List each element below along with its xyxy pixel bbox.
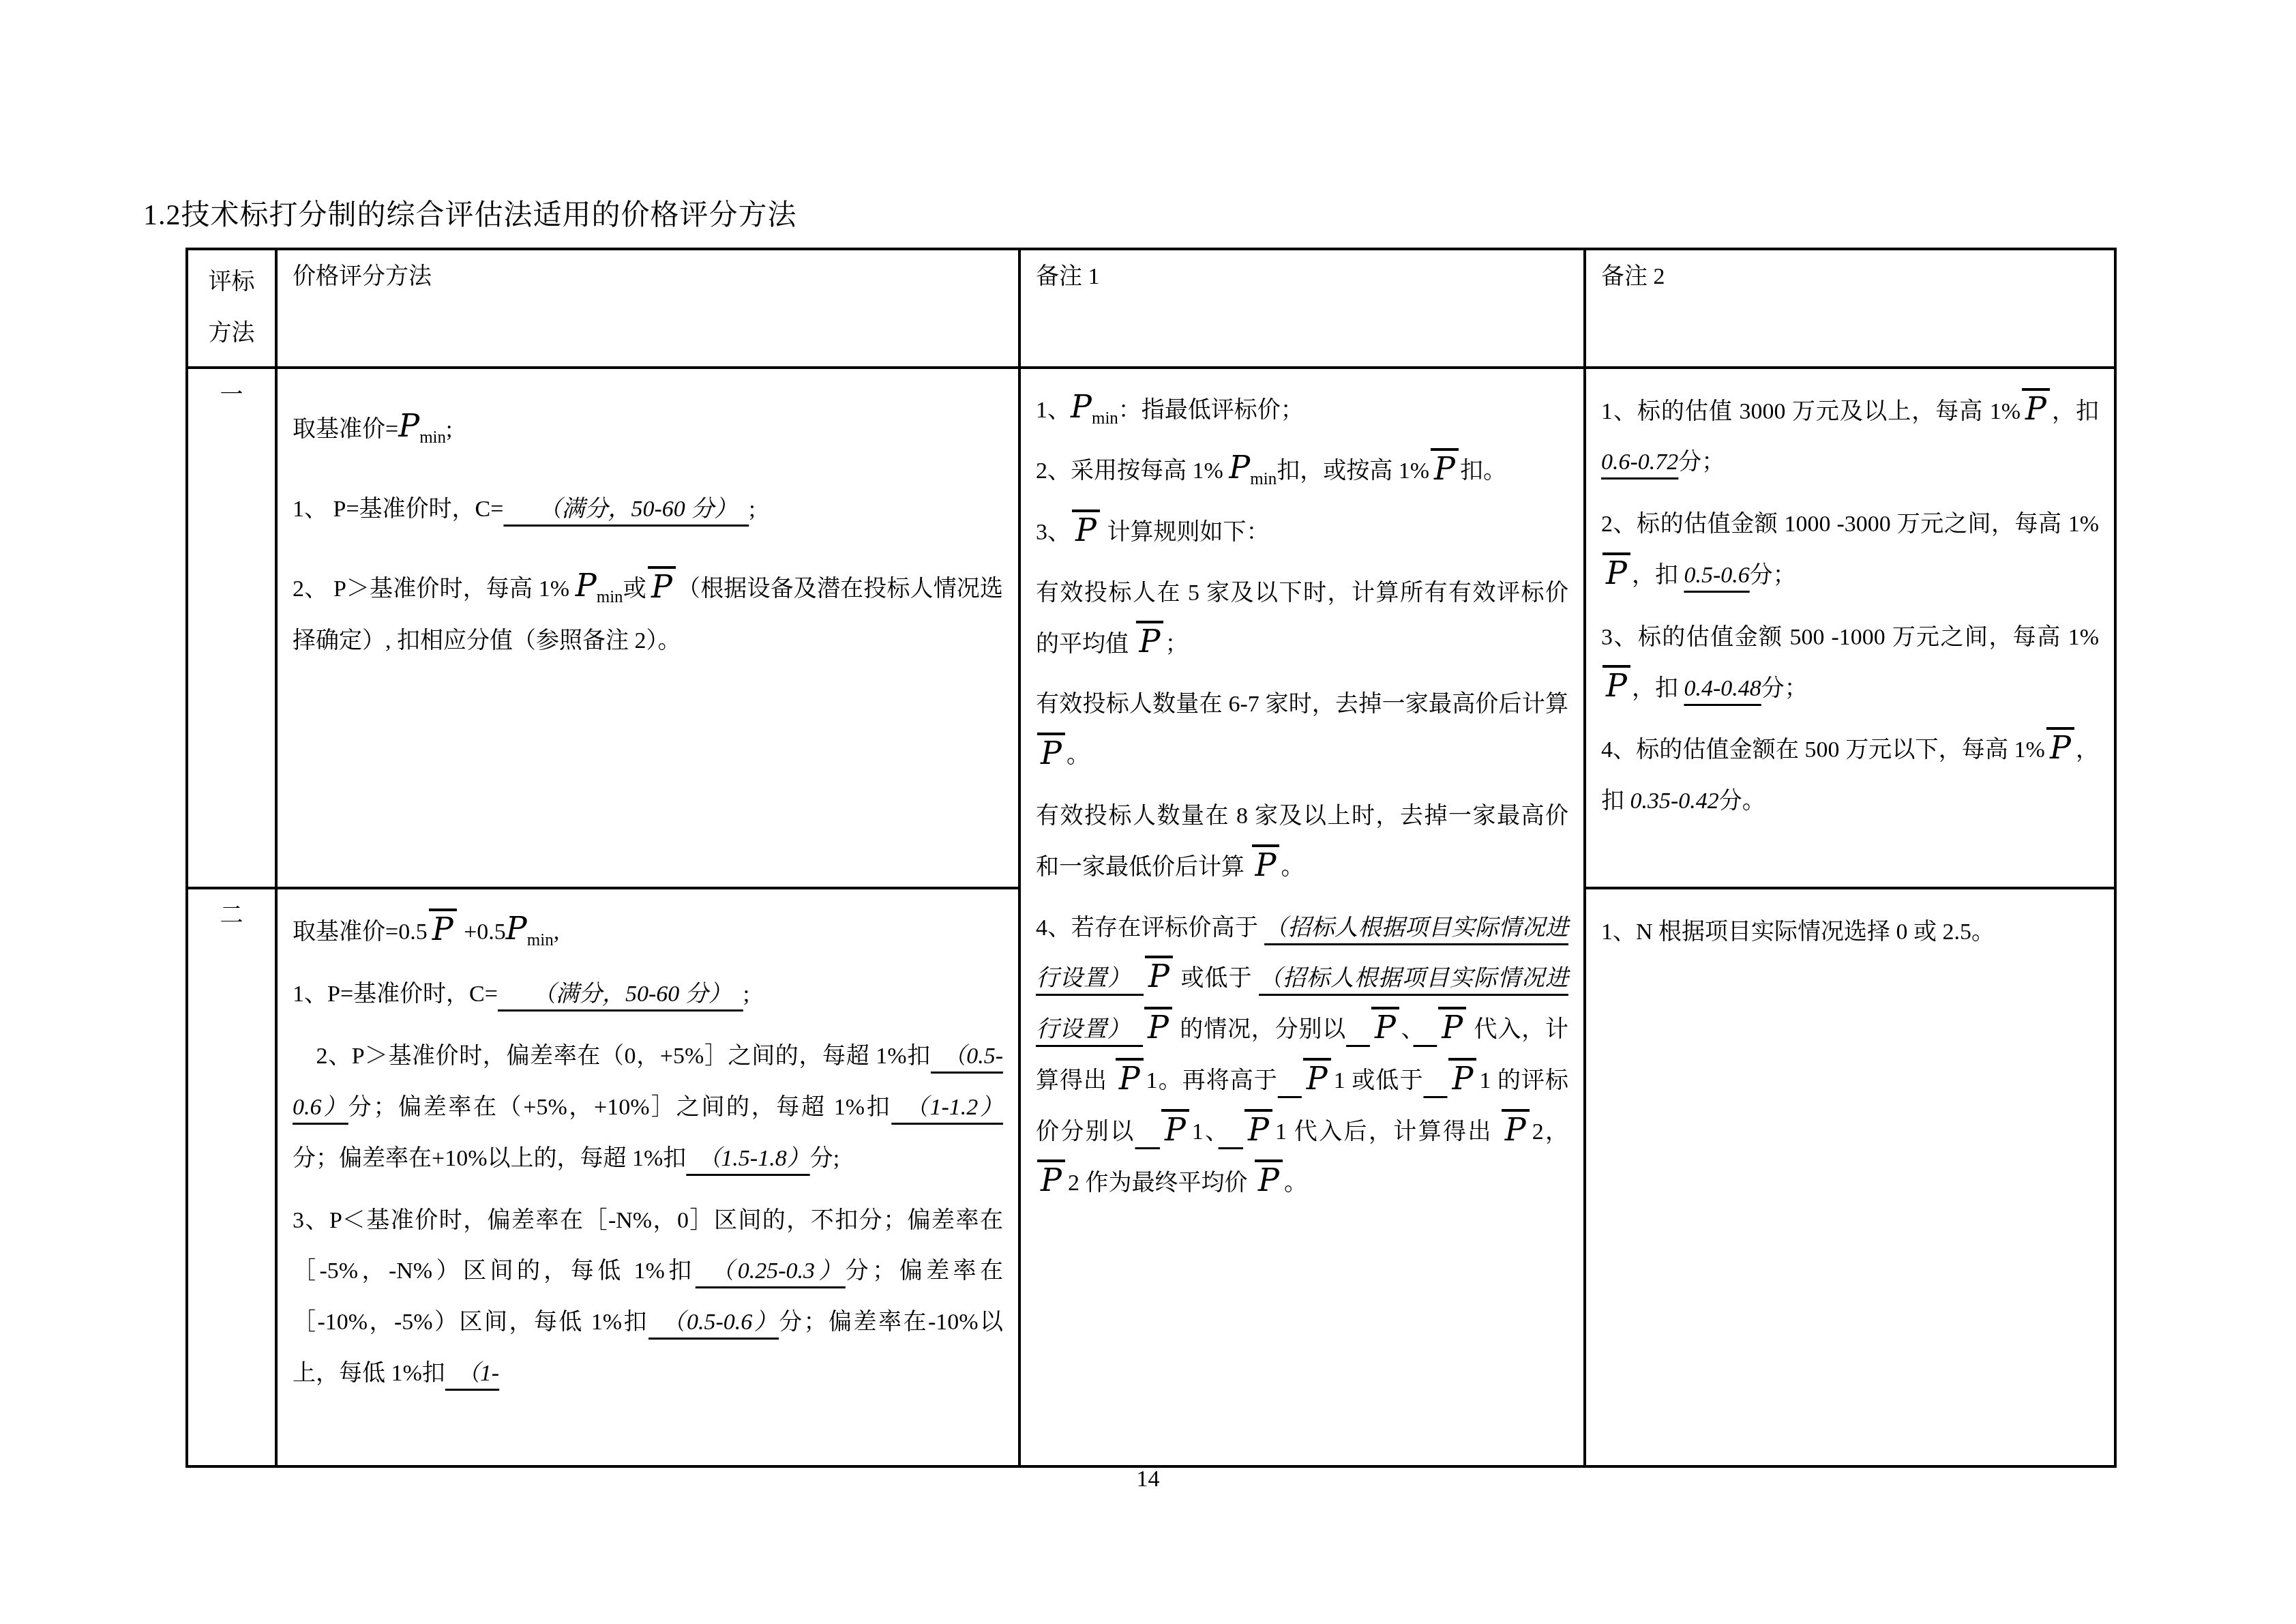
formula-p-min: Pmin [398,417,446,442]
min-subscript: min [597,588,623,606]
text-run: 扣。 [1460,458,1506,484]
text-run: 2、采用按每高 1% [1036,458,1229,484]
min-subscript: min [1250,470,1277,488]
formula-p-bar: P1 [1243,1119,1287,1145]
p-symbol: P [2025,390,2046,427]
formula-p-bar: P2 [1500,1119,1544,1145]
formula-index: 2 [1067,1170,1079,1196]
paragraph: 3、P 计算规则如下： [1036,507,1568,559]
formula-p-bar: P1 [1302,1068,1345,1093]
formula-p-bar: P [1601,563,1632,588]
p-overline: P [1602,552,1630,589]
formula-index: 1 [1274,1119,1287,1145]
p-symbol: P [1041,735,1062,771]
text-run: 分； [1750,563,1796,588]
formula-p-bar: P [1135,632,1165,657]
formula-p-bar: P [1370,1017,1401,1042]
paragraph: 1、 P=基准价时，C= （满分，50-60 分） ; [293,484,1003,535]
p-symbol: P [1442,1009,1463,1046]
p-symbol: P [1165,1111,1186,1148]
page-title: 1.2技术标打分制的综合评估法适用的价格评分方法 [143,192,797,233]
text-run: 1、P=基准价时，C= [293,981,498,1007]
formula-index: 1 [1478,1068,1491,1093]
paragraph: 取基准价=Pmin; [293,404,1003,456]
p-overline: P [1431,448,1459,485]
p-symbol: P [1606,667,1627,704]
p-overline: P [1255,1160,1283,1196]
text-run: （满分，50-60 分） [498,981,743,1007]
p-overline: P [648,566,676,603]
text-run: 。 [1067,743,1090,768]
formula-p-bar: P1 [1447,1068,1491,1093]
paragraph: 4、若存在评标价高于 （招标人根据项目实际情况进行设置） P 或低于 （招标人根… [1036,903,1568,1209]
row1-price-method-cell: 取基准价=Pmin;1、 P=基准价时，C= （满分，50-60 分） ;2、 … [276,368,1019,888]
p-symbol: P [1375,1009,1396,1046]
text-run: ; [743,981,749,1007]
text-run: 作为最终平均价 [1079,1170,1253,1196]
text-run: （0.25-0.3） [696,1258,846,1284]
text-run: 。再将高于 [1158,1068,1278,1093]
text-run: 2、标的估值金额 1000 -3000 万元之间，每高 1% [1601,512,2099,537]
formula-p-bar: P1 [1160,1119,1204,1145]
p-symbol: P [1255,846,1277,883]
p-symbol: P [506,910,527,947]
evaluation-table-wrap: 评标 方法 价格评分方法 备注 1 备注 2 一 取基准价=Pmin;1、 P=… [185,248,2117,1468]
page-number: 14 [0,1466,2296,1492]
text-run: 计算规则如下： [1101,520,1270,545]
formula-index: 2 [1531,1119,1544,1145]
paragraph: 2、采用按每高 1% Pmin扣，或按高 1%P扣。 [1036,446,1568,498]
p-symbol: P [1505,1111,1526,1148]
formula-p-bar: P [1601,676,1632,701]
text-run: 分；偏差率在（+5%，+10%］之间的，每超 1%扣 [348,1095,892,1120]
text-run: ； [1165,632,1188,657]
p-overline: P [1144,1007,1172,1044]
text-run [1346,1017,1370,1042]
p-overline: P [1161,1109,1189,1146]
text-run [1135,1119,1160,1145]
text-run: 、 [1204,1119,1219,1145]
formula-p-bar: P [646,576,677,602]
text-run: 、 [1401,1017,1414,1042]
p-overline: P [1072,510,1100,546]
p-symbol: P [1075,512,1097,548]
p-overline: P [1602,665,1630,702]
min-subscript: min [527,930,554,949]
paragraph: 有效投标人数量在 6-7 家时，去掉一家最高价后计算 P。 [1036,679,1568,782]
paragraph: 1、P=基准价时，C= （满分，50-60 分） ; [293,969,1003,1020]
text-run: 分； [1761,676,1808,701]
paragraph: 1、Pmin：指最低评标价； [1036,385,1568,437]
formula-p-bar: P [428,919,458,945]
text-run: 。 [1284,1170,1307,1196]
table-header-row: 评标 方法 价格评分方法 备注 1 备注 2 [187,249,2115,368]
formula-p-bar: P2 [1036,1170,1079,1196]
text-run: ，扣 [1632,676,1684,701]
header-note-2: 备注 2 [1585,249,2115,368]
formula-index: 1 [1332,1068,1345,1093]
text-run [1414,1017,1437,1042]
text-run: （1-1.2） [891,1095,1003,1120]
text-run: 取基准价= [293,417,398,442]
row1-method-label: 一 [187,368,276,888]
p-overline: P [1502,1109,1530,1146]
text-run: 分。 [1719,788,1765,814]
text-run: 0.35-0.42 [1630,788,1719,814]
formula-p-bar: P [1036,743,1067,768]
p-overline: P [2022,388,2050,425]
formula-p-bar: P [2045,737,2076,763]
text-run: 的情况，分别以 [1174,1017,1346,1042]
text-run: （满分，50-60 分） [503,497,749,522]
text-run: 分; [810,1146,839,1171]
text-run: 分； [1678,449,1725,475]
p-symbol: P [1248,1111,1269,1148]
header-price-method: 价格评分方法 [276,249,1019,368]
text-run: 4、标的估值金额在 500 万元以下，每高 1% [1601,737,2045,763]
text-run: 1、 [1036,398,1071,423]
p-symbol: P [1606,555,1627,591]
paragraph: 1、标的估值 3000 万元及以上，每高 1%P，扣 0.6-0.72分； [1601,387,2099,489]
formula-index: 1 [1191,1119,1204,1145]
text-run: 。 [1281,855,1304,880]
text-run [1278,1068,1302,1093]
p-overline: P [1136,621,1164,658]
note1-merged-cell: 1、Pmin：指最低评标价；2、采用按每高 1% Pmin扣，或按高 1%P扣。… [1019,368,1585,1466]
p-overline: P [429,909,457,945]
text-run [1423,1068,1447,1093]
paragraph: 3、标的估值金额 500 -1000 万元之间，每高 1%P，扣 0.4-0.4… [1601,612,2099,715]
text-run: ; [749,497,755,522]
paragraph: 1、N 根据项目实际情况选择 0 或 2.5。 [1601,907,2099,958]
p-overline: P [1116,1058,1144,1095]
p-overline: P [1303,1058,1331,1095]
p-symbol: P [1434,450,1455,487]
text-run: ， [1544,1119,1568,1145]
p-overline: P [1244,1109,1272,1146]
formula-p-min: Pmin [506,919,554,945]
text-run: 0.4-0.48 [1684,676,1761,701]
text-run: 3、 [1036,520,1071,545]
p-symbol: P [1139,623,1161,660]
row1-note2-cell: 1、标的估值 3000 万元及以上，每高 1%P，扣 0.6-0.72分；2、标… [1585,368,2115,888]
text-run: 取基准价=0.5 [293,919,428,945]
text-run: 有效投标人在 5 家及以下时，计算所有有效评标价的平均值 [1036,580,1568,657]
text-run: +0.5 [458,919,506,945]
min-subscript: min [419,428,446,446]
p-symbol: P [398,407,419,444]
text-run: 分；偏差率在+10%以上的，每超 1%扣 [293,1146,686,1171]
p-symbol: P [576,567,597,604]
text-run: 0.6-0.72 [1601,449,1678,475]
text-run: 1、N 根据项目实际情况选择 0 或 2.5。 [1601,919,1995,945]
p-symbol: P [1452,1060,1473,1097]
header-eval-method-line1: 评标 [203,257,260,308]
formula-index: 1 [1145,1068,1158,1093]
p-symbol: P [1307,1060,1328,1097]
paragraph: 2、 P＞基准价时，每高 1% Pmin或P（根据设备及潜在投标人情况选择确定）… [293,564,1003,667]
min-subscript: min [1092,409,1118,427]
text-run: 2、 P＞基准价时，每高 1% [293,576,576,602]
text-run: 3、标的估值金额 500 -1000 万元之间，每高 1% [1601,625,2099,650]
text-run: 代入后，计算得出 [1287,1119,1500,1145]
text-run: 或低于 [1174,966,1259,991]
p-overline: P [1252,844,1280,881]
paragraph: 2、标的估值金额 1000 -3000 万元之间，每高 1%P，扣 0.5-0.… [1601,499,2099,602]
formula-p-bar: P [1071,520,1101,545]
text-run: （1.5-1.8） [686,1146,809,1171]
p-overline: P [1037,1160,1065,1196]
header-eval-method-line2: 方法 [203,308,260,359]
text-run: ：指最低评标价； [1118,398,1304,423]
paragraph: 有效投标人在 5 家及以下时，计算所有有效评标价的平均值 P； [1036,568,1568,670]
text-run: 扣，或按高 1% [1277,458,1429,484]
formula-p-min: Pmin [1229,458,1277,484]
formula-p-bar: P [1143,1017,1174,1042]
text-run: （0.5-0.6） [648,1310,779,1335]
p-symbol: P [1041,1162,1062,1198]
text-run: 4、若存在评标价高于 [1036,915,1264,941]
paragraph: 有效投标人数量在 8 家及以上时，去掉一家最高价和一家最低价后计算 P。 [1036,791,1568,894]
text-run [1219,1119,1243,1145]
paragraph: 4、标的估值金额在 500 万元以下，每高 1%P，扣 0.35-0.42分。 [1601,725,2099,827]
text-run: 或低于 [1345,1068,1424,1093]
price-scoring-table: 评标 方法 价格评分方法 备注 1 备注 2 一 取基准价=Pmin;1、 P=… [185,248,2117,1468]
row2-note2-cell: 1、N 根据项目实际情况选择 0 或 2.5。 [1585,888,2115,1466]
text-run: ，扣 [1632,563,1684,588]
text-run: 有效投标人数量在 6-7 家时，去掉一家最高价后计算 [1036,692,1568,717]
formula-p-bar: P [1251,855,1281,880]
text-run: 2、P＞基准价时，偏差率在（0，+5%］之间的，每超 1%扣 [293,1044,931,1069]
text-run: 1、 P=基准价时，C= [293,497,503,522]
paragraph: 取基准价=0.5P +0.5Pmin, [293,907,1003,959]
header-note-1: 备注 1 [1019,249,1585,368]
p-symbol: P [432,911,453,947]
formula-p-min: Pmin [576,576,623,602]
p-symbol: P [1119,1060,1140,1097]
p-symbol: P [651,568,672,605]
p-symbol: P [1229,449,1250,486]
text-run: 或 [623,576,646,602]
text-run: ，扣 [2051,399,2099,424]
paragraph: 2、P＞基准价时，偏差率在（0，+5%］之间的，每超 1%扣 （0.5-0.6）… [293,1031,1003,1184]
p-symbol: P [2050,729,2071,766]
p-overline: P [1145,956,1173,992]
formula-p-bar: P [1429,458,1460,484]
row2-method-label: 二 [187,888,276,1466]
text-run: 0.5-0.6 [1684,563,1749,588]
p-symbol: P [1148,958,1169,994]
p-overline: P [1438,1007,1466,1044]
p-symbol: P [1071,388,1092,425]
table-row-1: 一 取基准价=Pmin;1、 P=基准价时，C= （满分，50-60 分） ;2… [187,368,2115,888]
formula-p-bar: P [1437,1017,1467,1042]
p-overline: P [1371,1007,1399,1044]
formula-p-bar: P1 [1114,1068,1158,1093]
text-run: 1、标的估值 3000 万元及以上，每高 1% [1601,399,2021,424]
paragraph: 3、P＜基准价时，偏差率在［-N%，0］区间的，不扣分；偏差率在［-5%，-N%… [293,1196,1003,1400]
p-overline: P [1448,1058,1476,1095]
text-run: （1- [445,1361,499,1386]
p-symbol: P [1148,1009,1169,1046]
text-run: ; [446,417,452,442]
formula-p-bar: P [1253,1170,1284,1196]
p-overline: P [1037,733,1065,769]
p-overline: P [2046,727,2074,764]
p-symbol: P [1258,1162,1279,1198]
formula-p-min: Pmin [1071,398,1118,423]
text-run: , [554,919,560,945]
formula-p-bar: P [2021,399,2051,424]
header-eval-method: 评标 方法 [187,249,276,368]
row2-price-method-cell: 取基准价=0.5P +0.5Pmin,1、P=基准价时，C= （满分，50-60… [276,888,1019,1466]
formula-p-bar: P [1144,966,1174,991]
